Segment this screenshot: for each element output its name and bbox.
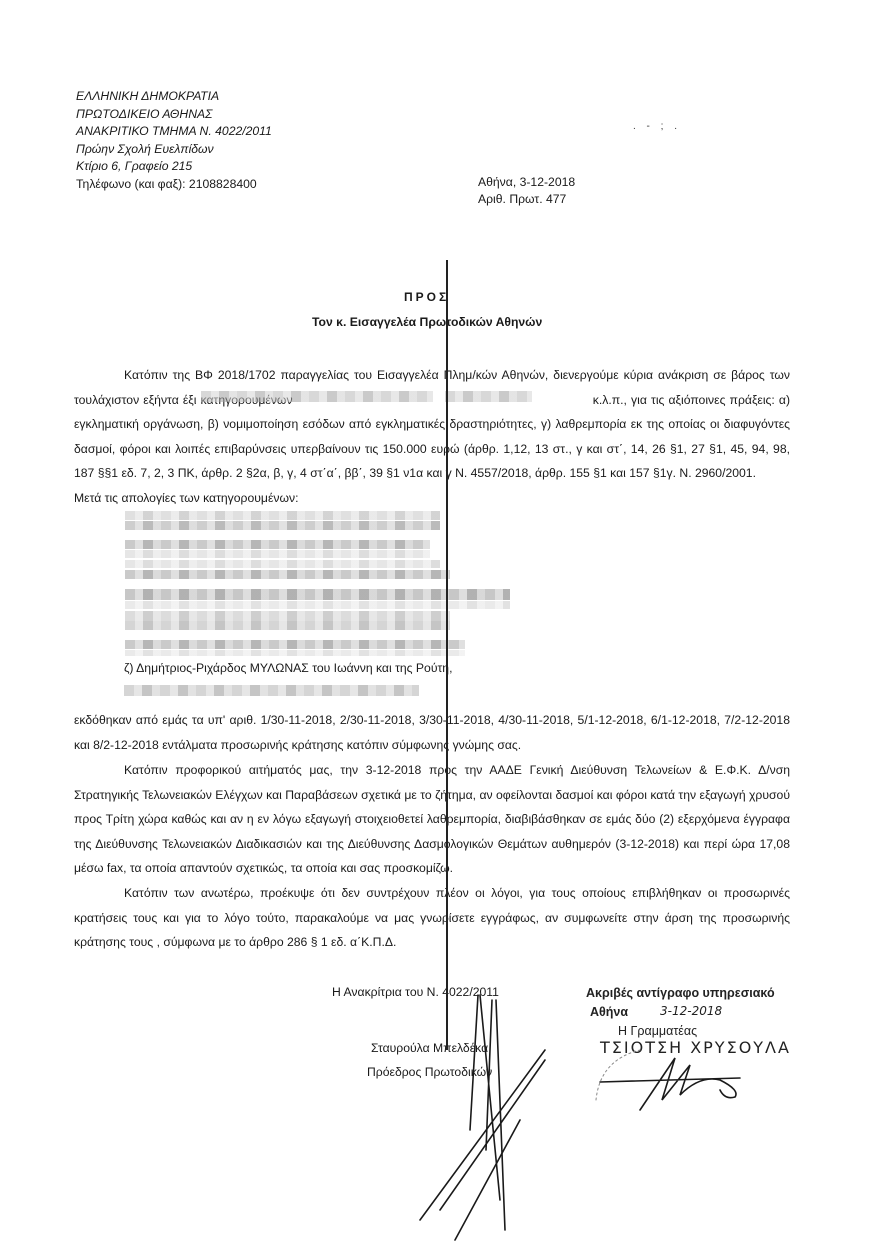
stamp-curve [596, 1050, 640, 1100]
secretary-signature-stroke [600, 1058, 740, 1110]
signature-scribbles [0, 0, 880, 1245]
judge-signature-stroke [420, 1050, 545, 1220]
judge-signature-stroke [455, 1120, 520, 1240]
